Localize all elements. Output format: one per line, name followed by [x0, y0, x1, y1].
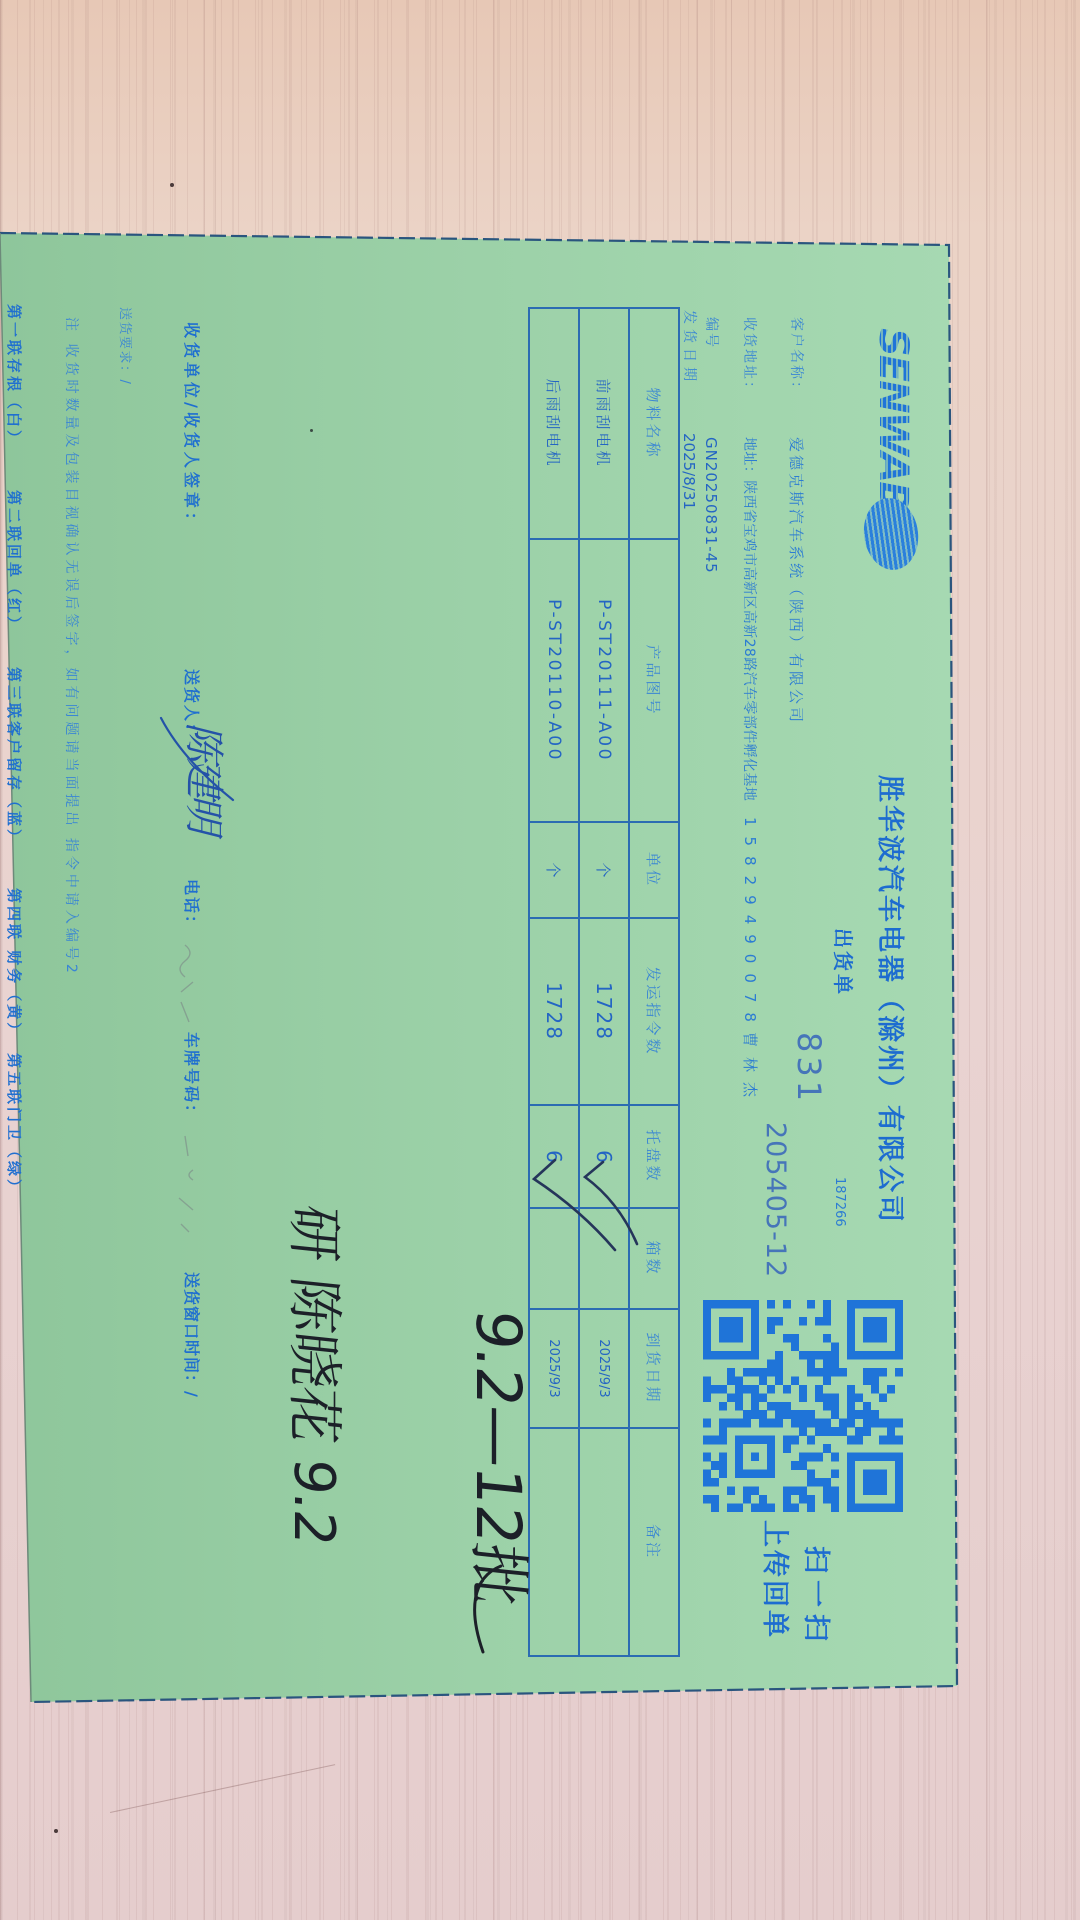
check-mark-icon	[585, 1162, 637, 1244]
signature-underline-stroke	[161, 718, 233, 800]
batch-note-tail-stroke	[475, 1566, 501, 1652]
check-mark-icon	[534, 1160, 615, 1250]
faint-phone-scribble	[180, 945, 193, 1022]
delivery-note: SENWAB 胜华波汽车电器（滁州）有限公司 出货单 187266 831 20…	[0, 240, 953, 1690]
ink-strokes	[0, 240, 953, 1690]
faint-plate-scribble	[179, 1136, 193, 1232]
